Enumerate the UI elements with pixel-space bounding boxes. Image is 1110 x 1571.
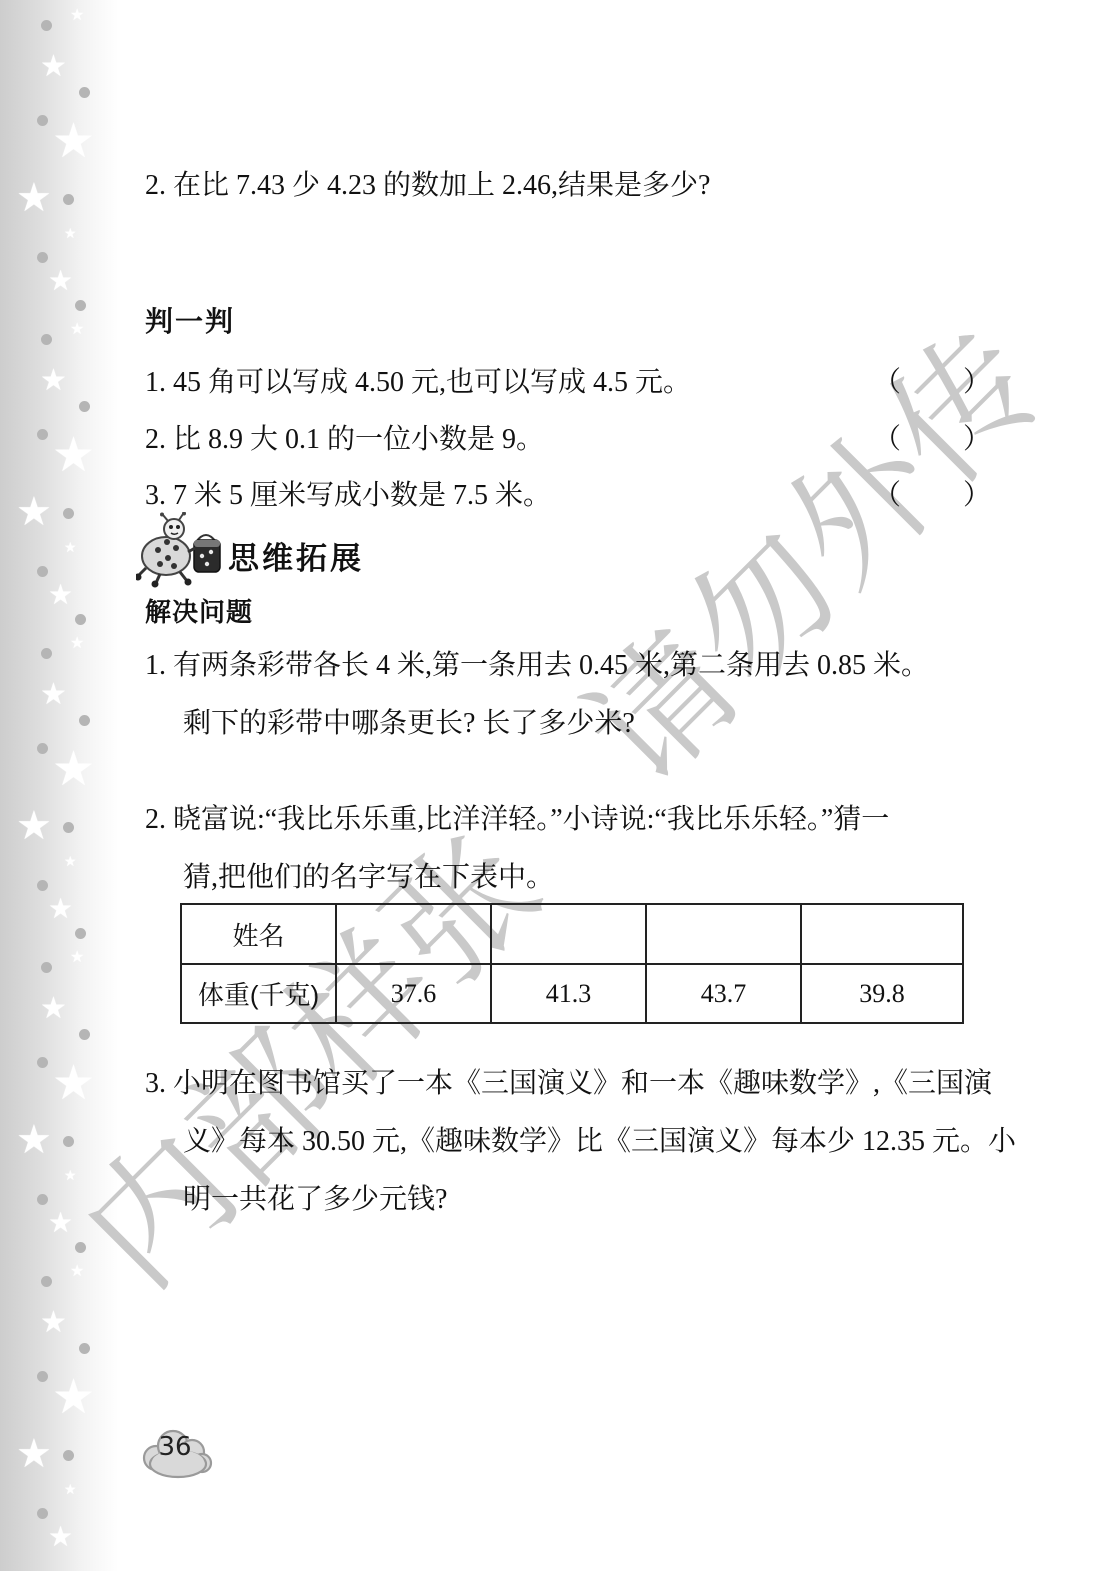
table-header-weight: 体重(千克) — [181, 964, 336, 1023]
table-value-cell: 41.3 — [491, 964, 646, 1023]
answer-blank: （ ） — [873, 473, 993, 513]
page-number: 36 — [140, 1432, 210, 1462]
problem-1-line-1: 1. 有两条彩带各长 4 米,第一条用去 0.45 米,第二条用去 0.85 米… — [145, 648, 929, 684]
problem-2-line-1: 2. 晓富说:“我比乐乐重,比洋洋轻。”小诗说:“我比乐乐轻。”猜一 — [145, 802, 889, 838]
problem-1-line-2: 剩下的彩带中哪条更长? 长了多少米? — [183, 706, 635, 742]
ladybug-with-jar-icon — [136, 512, 224, 588]
judge-item-text: 1. 45 角可以写成 4.50 元,也可以写成 4.5 元。 — [145, 360, 691, 400]
answer-blank: （ ） — [873, 360, 993, 400]
table-blank-cell — [336, 904, 491, 964]
judge-section-title: 判一判 — [145, 304, 235, 340]
table-blank-cell — [646, 904, 801, 964]
answer-blank: （ ） — [873, 417, 993, 457]
judge-item-2: 2. 比 8.9 大 0.1 的一位小数是 9。 （ ） — [145, 417, 993, 457]
word-problem-intro: 2. 在比 7.43 少 4.23 的数加上 2.46,结果是多少? — [145, 168, 710, 204]
solve-problems-subtitle: 解决问题 — [145, 592, 253, 629]
problem-3-line-3: 明一共花了多少元钱? — [183, 1182, 447, 1218]
problem-2-line-2: 猜,把他们的名字写在下表中。 — [183, 860, 554, 896]
table-blank-cell — [801, 904, 963, 964]
problem-3-line-1: 3. 小明在图书馆买了一本《三国演义》和一本《趣味数学》,《三国演 — [145, 1066, 992, 1102]
problem-3-line-2: 义》每本 30.50 元,《趣味数学》比《三国演义》每本少 12.35 元。小 — [183, 1124, 1016, 1160]
table-value-cell: 37.6 — [336, 964, 491, 1023]
table-blank-cell — [491, 904, 646, 964]
weight-table: 姓名 体重(千克) 37.6 41.3 43.7 39.8 — [180, 903, 964, 1024]
page-number-cloud: 36 — [140, 1422, 224, 1484]
table-header-name: 姓名 — [181, 904, 336, 964]
thinking-section-title: 思维拓展 — [228, 533, 364, 578]
judge-item-1: 1. 45 角可以写成 4.50 元,也可以写成 4.5 元。 （ ） — [145, 360, 993, 400]
judge-item-3: 3. 7 米 5 厘米写成小数是 7.5 米。 （ ） — [145, 473, 993, 513]
workbook-page: 2. 在比 7.43 少 4.23 的数加上 2.46,结果是多少? 判一判 1… — [0, 0, 1110, 1571]
judge-item-text: 3. 7 米 5 厘米写成小数是 7.5 米。 — [145, 473, 551, 513]
table-value-cell: 43.7 — [646, 964, 801, 1023]
table-value-cell: 39.8 — [801, 964, 963, 1023]
judge-item-text: 2. 比 8.9 大 0.1 的一位小数是 9。 — [145, 417, 544, 457]
